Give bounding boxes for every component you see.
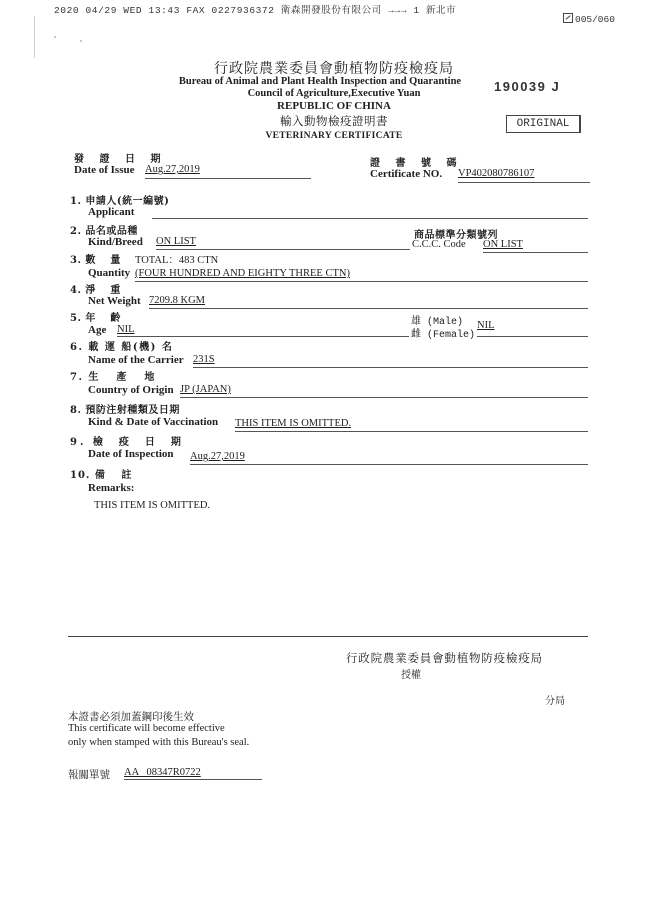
remarks-label-zh: 10. 備 註	[70, 466, 132, 481]
quantity-label: Quantity	[88, 267, 130, 279]
sex-rule	[477, 336, 588, 337]
sex-female-label: 雌 (Female)	[411, 325, 475, 341]
vaccination-rule	[235, 431, 588, 432]
scan-speck	[80, 40, 82, 42]
quantity-total: TOTAL：483 CTN	[135, 252, 218, 267]
age-label-zh: 5. 年 齡	[70, 309, 121, 324]
inspection-label: Date of Inspection	[88, 448, 174, 460]
cert-no-rule	[458, 182, 590, 183]
scan-edge	[34, 16, 35, 58]
carrier-label: Name of the Carrier	[88, 354, 184, 366]
issue-date-rule	[145, 178, 311, 179]
ccc-value: ON LIST	[483, 239, 523, 250]
remarks-value: THIS ITEM IS OMITTED.	[94, 500, 210, 511]
fax-page-number: 005/060	[563, 13, 615, 25]
serial-number: 190039 J	[494, 79, 560, 94]
footer-agency-zh: 行政院農業委員會動植物防疫檢疫局	[346, 650, 543, 666]
carrier-label-zh: 6. 載 運 船(機) 名	[70, 338, 173, 353]
quantity-rule	[135, 281, 588, 282]
net-weight-value: 7209.8 KGM	[149, 295, 205, 306]
inspection-rule	[190, 464, 588, 465]
fax-page-icon	[563, 13, 573, 23]
carrier-rule	[193, 367, 588, 368]
validity-note-zh: 本證書必須加蓋鋼印後生效	[68, 709, 194, 724]
carrier-value: 231S	[193, 354, 215, 365]
agency-name-zh: 行政院農業委員會動植物防疫檢疫局	[0, 58, 650, 78]
ccc-label: C.C.C. Code	[412, 239, 466, 250]
inspection-value: Aug.27,2019	[190, 451, 245, 462]
sex-value: NIL	[477, 320, 495, 331]
origin-label-zh: 7. 生 產 地	[70, 368, 156, 383]
customs-no-label-zh: 報關單號	[68, 767, 110, 782]
applicant-rule	[152, 218, 588, 219]
footer-authorized: 授權	[401, 666, 421, 681]
net-weight-label: Net Weight	[88, 295, 141, 307]
kind-rule	[156, 249, 410, 250]
cert-no-value: VP402080786107	[458, 168, 534, 179]
fax-header: 2020 04/29 WED 13:43 FAX 0227936372 衛森開發…	[54, 2, 456, 16]
net-weight-label-zh: 4. 淨 重	[70, 281, 121, 296]
kind-label: Kind/Breed	[88, 236, 143, 248]
issue-date-value: Aug.27,2019	[145, 164, 200, 175]
country-name: REPUBLIC OF CHINA	[0, 100, 650, 112]
validity-note-en-1: This certificate will become effective	[68, 723, 225, 734]
ccc-rule	[483, 252, 588, 253]
original-stamp: ORIGINAL	[506, 115, 581, 133]
age-label: Age	[88, 324, 106, 336]
quantity-value: (FOUR HUNDRED AND EIGHTY THREE CTN)	[135, 268, 350, 279]
vaccination-value: THIS ITEM IS OMITTED.	[235, 418, 351, 429]
remarks-label: Remarks:	[88, 482, 134, 494]
scan-speck	[54, 36, 56, 38]
applicant-label-zh: 1. 申請人(統一編號)	[70, 192, 169, 207]
issue-date-label: Date of Issue	[74, 164, 135, 176]
vaccination-label: Kind & Date of Vaccination	[88, 416, 218, 428]
cert-no-label: Certificate NO.	[370, 168, 442, 180]
signature-rule	[68, 636, 588, 637]
inspection-label-zh: 9. 檢 疫 日 期	[70, 433, 184, 448]
issue-date-label-zh: 發 證 日 期	[74, 150, 166, 165]
kind-label-zh: 2. 品名或品種	[70, 222, 138, 237]
footer-branch: 分局	[545, 692, 565, 707]
customs-no-value: AA 08347R0722	[124, 767, 201, 778]
net-weight-rule	[149, 308, 588, 309]
age-value: NIL	[117, 324, 135, 335]
origin-rule	[180, 397, 588, 398]
origin-label: Country of Origin	[88, 384, 174, 396]
origin-value: JP (JAPAN)	[180, 384, 231, 395]
applicant-label: Applicant	[88, 206, 134, 218]
quantity-label-zh: 3. 數 量	[70, 251, 121, 266]
validity-note-en-2: only when stamped with this Bureau's sea…	[68, 737, 249, 748]
age-rule	[117, 336, 409, 337]
cert-no-label-zh: 證 書 號 碼	[370, 154, 462, 169]
vaccination-label-zh: 8. 預防注射種類及日期	[70, 401, 180, 416]
customs-no-rule	[124, 779, 262, 780]
kind-value: ON LIST	[156, 236, 196, 247]
